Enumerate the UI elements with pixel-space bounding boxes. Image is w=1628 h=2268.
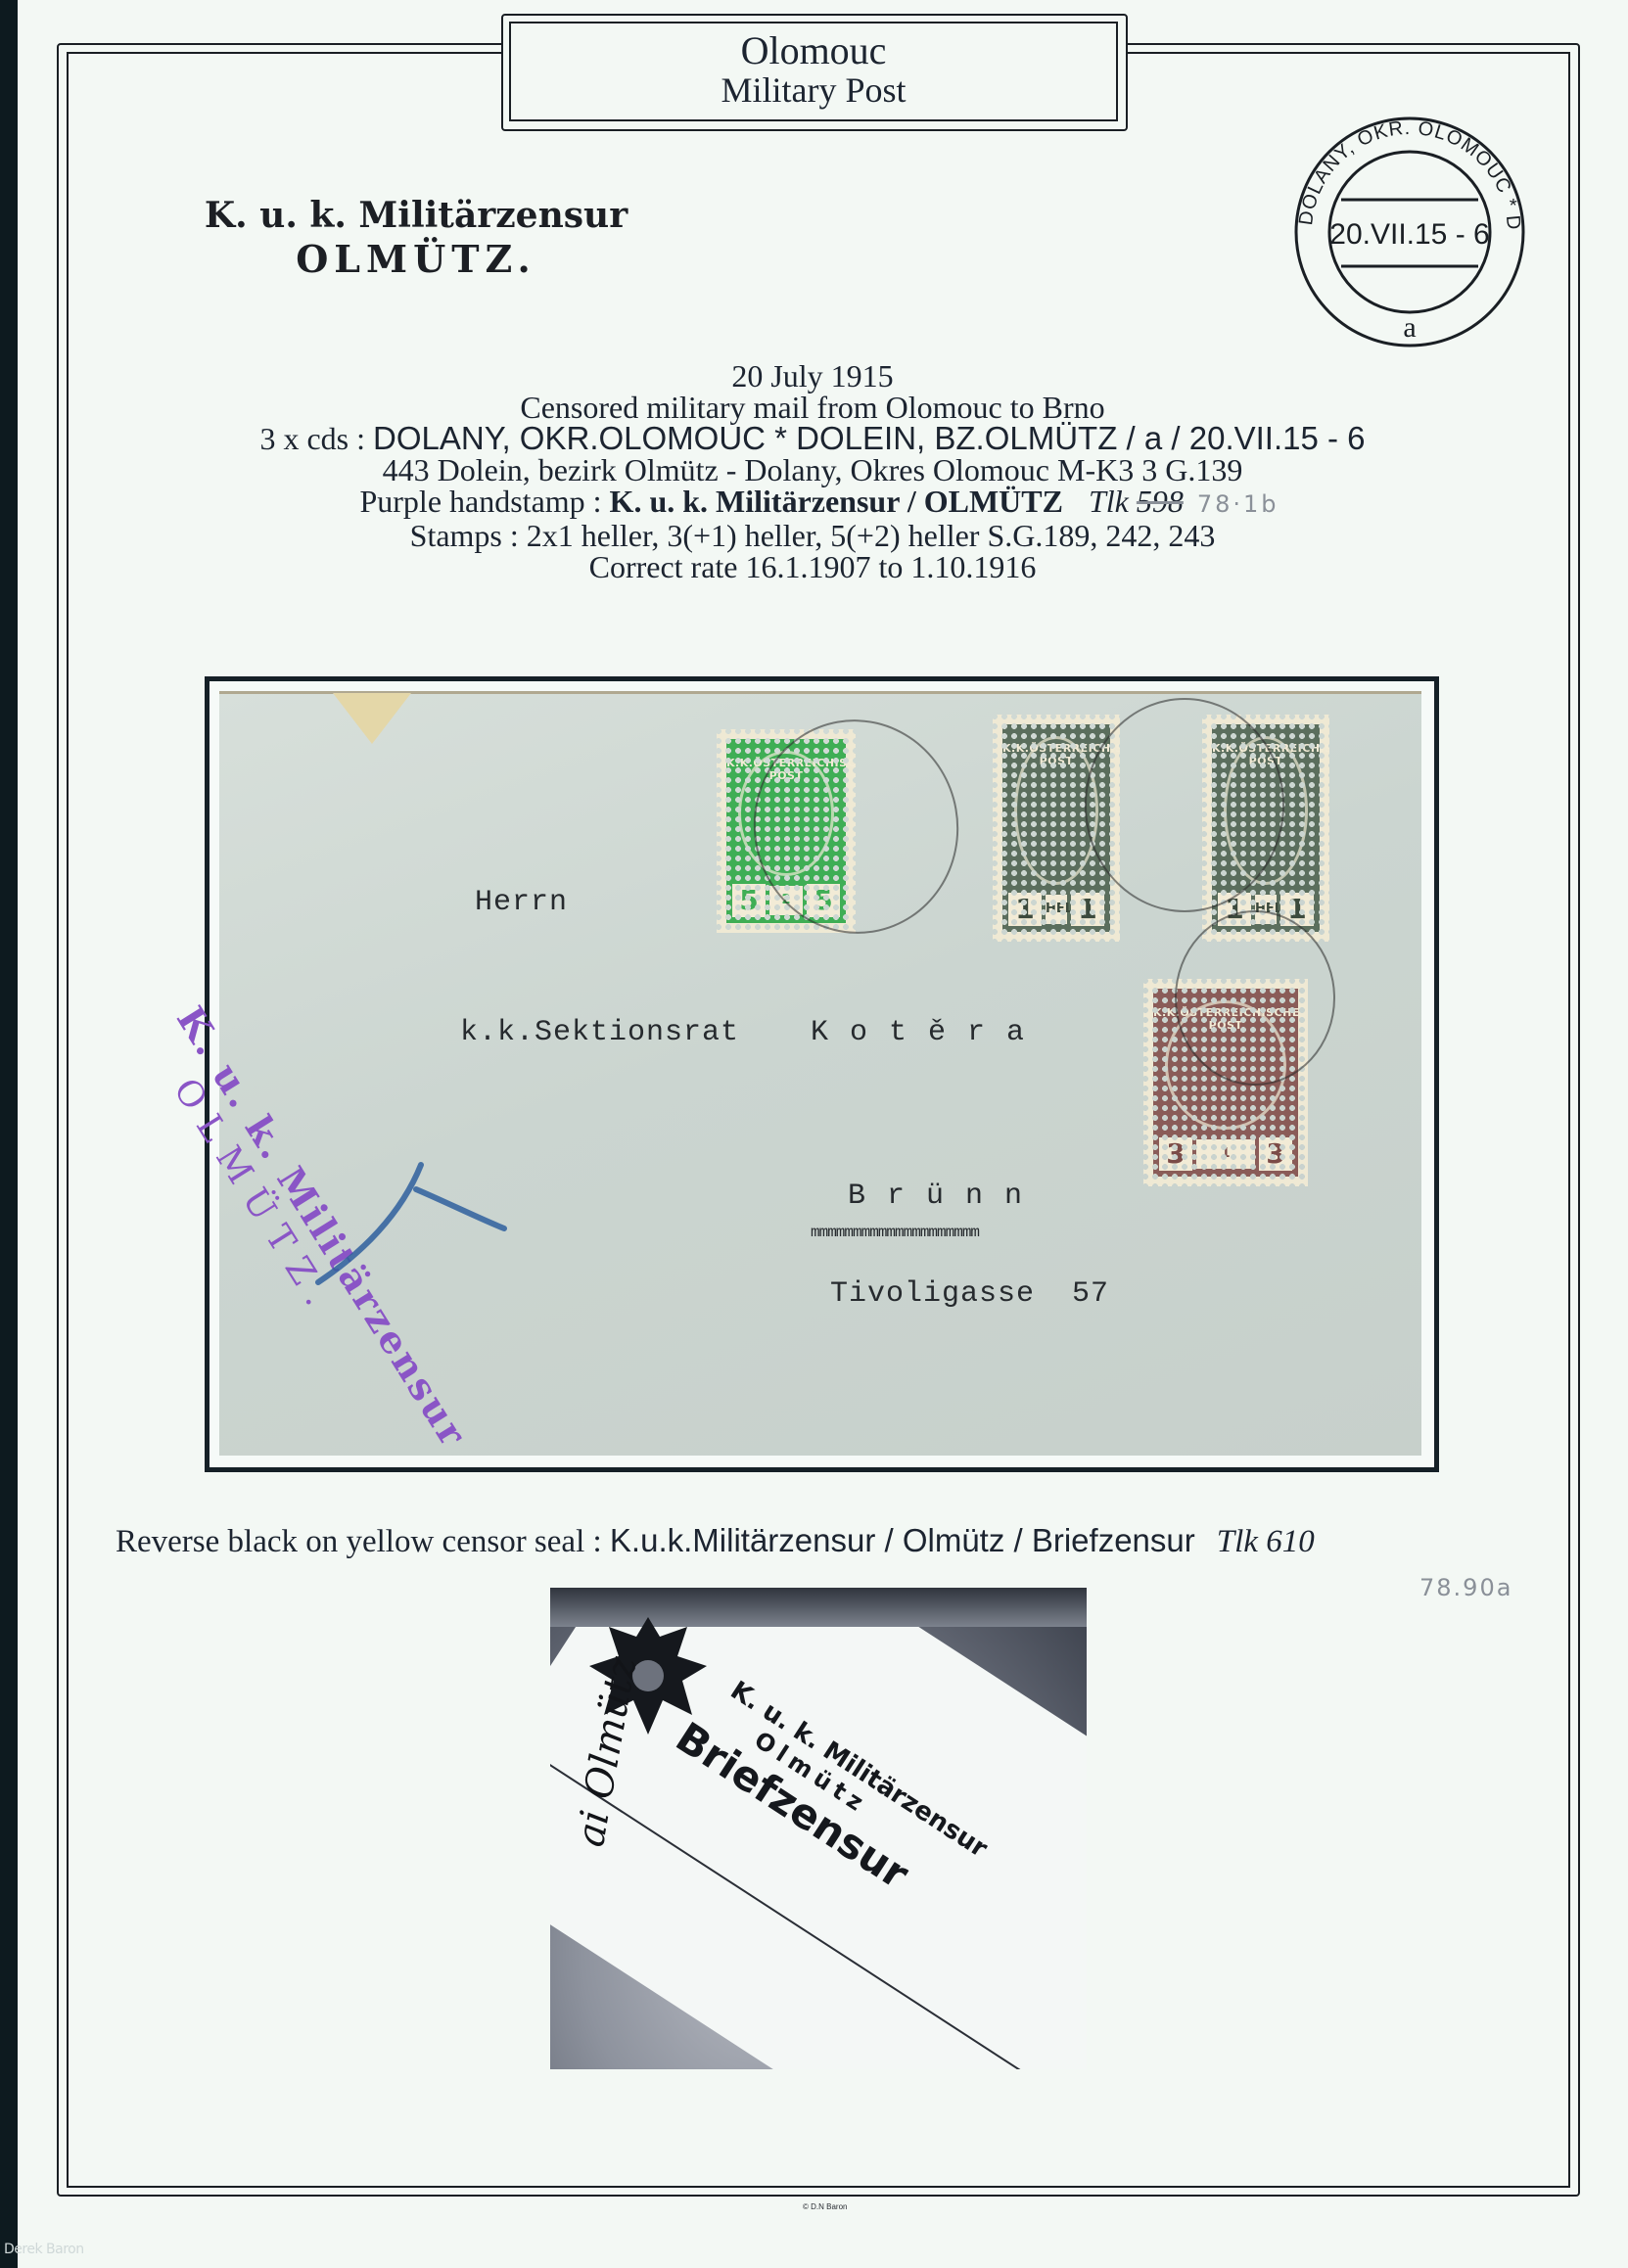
reverse-ref: Tlk 610 xyxy=(1217,1524,1315,1559)
ref-number: 610 xyxy=(1266,1524,1315,1559)
stamp-value-center: 1 xyxy=(1196,1139,1255,1169)
description-date: 20 July 1915 xyxy=(108,360,1517,392)
watermark: Derek Baron xyxy=(4,2242,84,2257)
cds-date: 20.VII.15 - 6 xyxy=(1329,218,1489,251)
address-city: Brünn xyxy=(848,1180,1044,1213)
ref-prefix: Tlk xyxy=(1217,1524,1266,1559)
cds-postmark-illustration: 20.VII.15 - 6 a DOLANY, OKR. OLOMOUC * D… xyxy=(1273,110,1547,354)
description-cds: 3 x cds : DOLANY, OKR.OLOMOUC * DOLEIN, … xyxy=(108,423,1517,454)
copyright: © D.N Baron xyxy=(803,2202,847,2211)
censor-seal-photo: K. u. k. Militärzensur Olmütz Briefzensu… xyxy=(550,1588,1087,2069)
blue-crayon-mark xyxy=(303,1145,519,1312)
cds-value: DOLANY, OKR.OLOMOUC * DOLEIN, BZ.OLMÜTZ … xyxy=(373,420,1366,456)
ref-number: 598 xyxy=(1137,484,1184,519)
description-catalogue: 443 Dolein, bezirk Olmütz - Dolany, Okre… xyxy=(108,454,1517,486)
reverse-caption-prefix: Reverse black on yellow censor seal : xyxy=(116,1524,610,1559)
ref-prefix: Tlk xyxy=(1089,484,1137,519)
address-recipient-title: k.k.Sektionsrat xyxy=(460,1016,739,1049)
title-line-1: Olomouc xyxy=(511,31,1116,70)
description-stamps: Stamps : 2x1 heller, 3(+1) heller, 5(+2)… xyxy=(108,520,1517,551)
censor-type-illustration: K. u. k. Militärzensur OLMÜTZ. xyxy=(162,194,671,282)
title-line-2: Military Post xyxy=(511,70,1116,110)
description-handstamp: Purple handstamp : K. u. k. Militärzensu… xyxy=(108,486,1517,520)
envelope-flap-tab xyxy=(333,693,411,744)
description-rate: Correct rate 16.1.1907 to 1.10.1916 xyxy=(108,551,1517,582)
reverse-caption: Reverse black on yellow censor seal : K.… xyxy=(116,1522,1315,1560)
handstamp-ref: Tlk 598 xyxy=(1089,484,1184,519)
stamp-value-right: 3 xyxy=(1259,1137,1292,1171)
address-recipient-name: Kotěra xyxy=(811,1016,1046,1049)
reverse-caption-value: K.u.k.Militärzensur / Olmütz / Briefzens… xyxy=(610,1522,1195,1558)
stamp-value-left: 1 xyxy=(1008,893,1042,926)
censor-type-line-2: OLMÜTZ. xyxy=(162,237,671,282)
postmark-impression xyxy=(1085,698,1284,912)
description-summary: Censored military mail from Olomouc to B… xyxy=(108,392,1517,423)
cover-description: 20 July 1915 Censored military mail from… xyxy=(108,360,1517,582)
cds-label: 3 x cds : xyxy=(259,421,373,456)
address-street: Tivoligasse 57 xyxy=(830,1277,1109,1311)
address-city-underline: mmmmmmmmmmmmmmmmmmmm xyxy=(811,1224,1143,1241)
page-title: Olomouc Military Post xyxy=(509,22,1118,121)
pencil-note: 78·1b xyxy=(1197,490,1279,518)
pencil-note: 78.90a xyxy=(1419,1574,1512,1601)
stamp-value-left: 5 xyxy=(732,884,766,917)
postmark-impression xyxy=(1175,910,1335,1086)
stamp-value-right: 1 xyxy=(1071,893,1104,926)
scan-edge-strip xyxy=(0,0,18,2268)
cds-index: a xyxy=(1403,311,1416,344)
censor-type-line-1: K. u. k. Militärzensur xyxy=(162,194,671,237)
address-salutation: Herrn xyxy=(475,886,568,919)
handstamp-value: K. u. k. Militärzensur / OLMÜTZ xyxy=(610,484,1063,519)
handstamp-label: Purple handstamp : xyxy=(359,484,609,519)
stamp-value-center: HELLER xyxy=(1046,895,1067,924)
stamp-value-left: 3 xyxy=(1159,1137,1192,1171)
